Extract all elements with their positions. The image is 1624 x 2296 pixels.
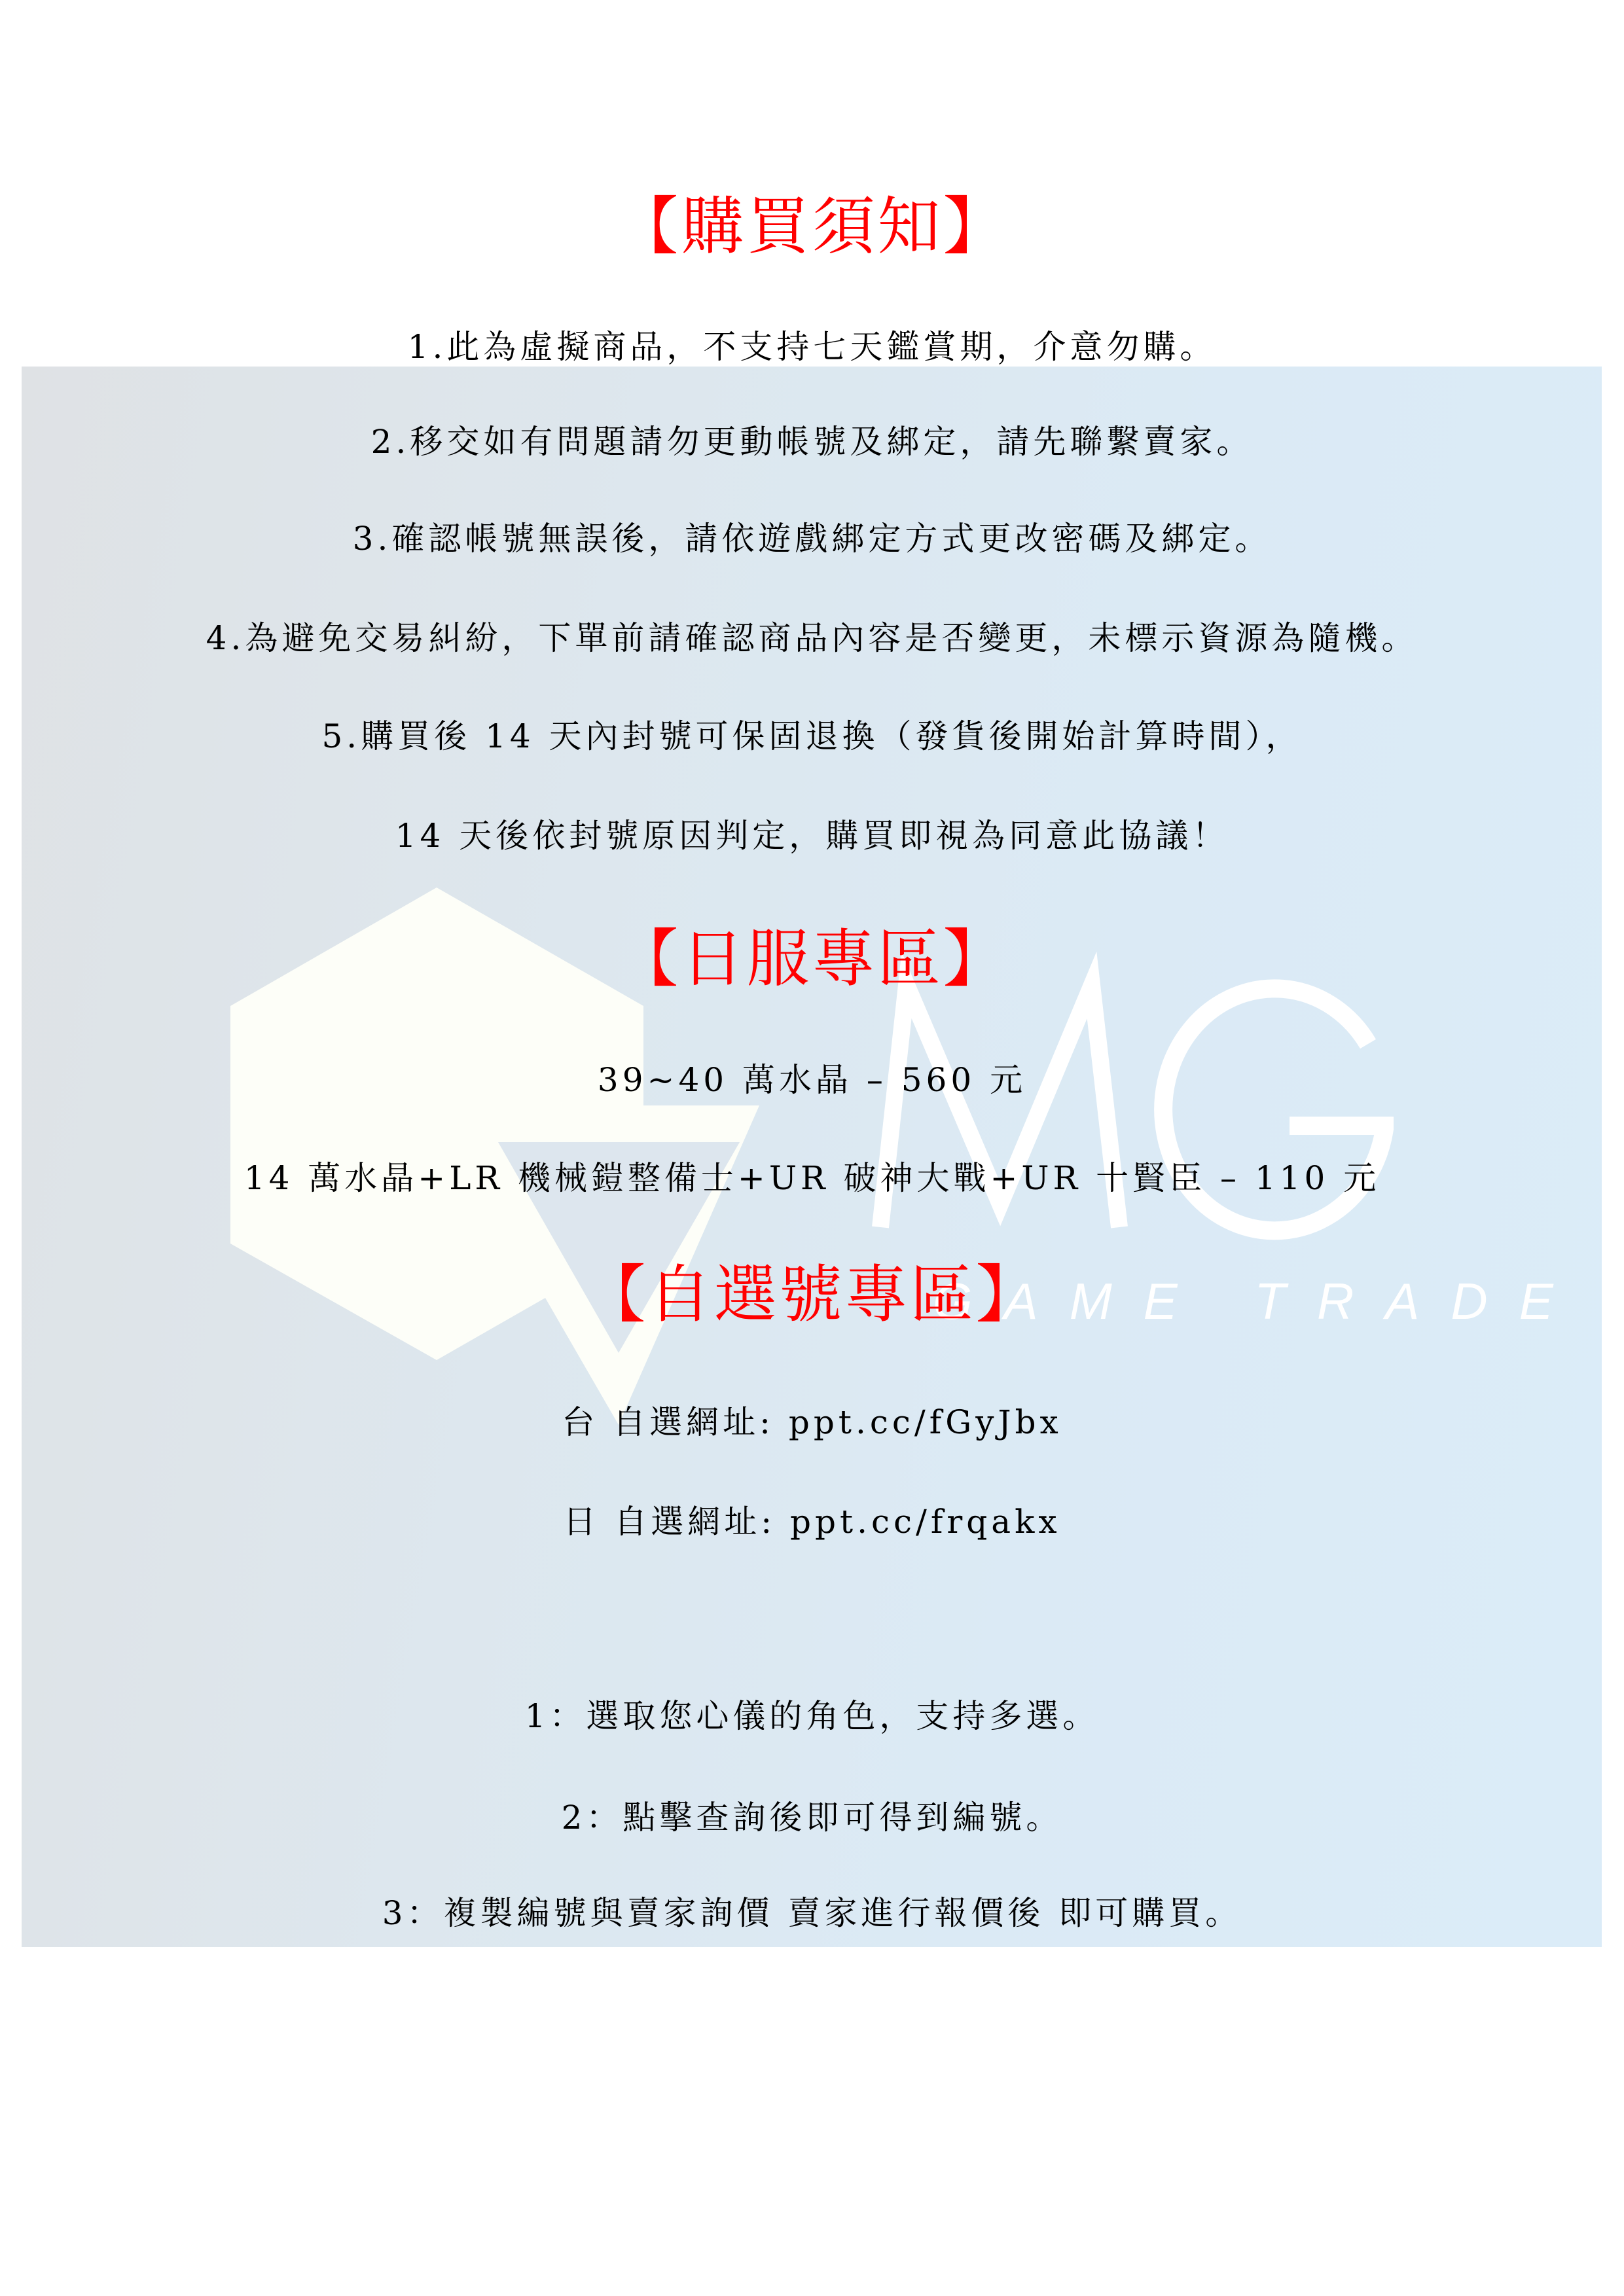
purchase-notice-title: 【購買須知】 — [0, 190, 1624, 262]
rule-5: 5.購買後 14 天內封號可保固退換（發貨後開始計算時間）， — [0, 717, 1624, 756]
custom-step-2: 2：點擊查詢後即可得到編號。 — [0, 1798, 1624, 1837]
rule-2: 2.移交如有問題請勿更動帳號及綁定，請先聯繫賣家。 — [0, 422, 1624, 461]
custom-link-tw[interactable]: 台 自選網址: ppt.cc/fGyJbx — [0, 1403, 1624, 1442]
rule-4: 4.為避免交易糾紛，下單前請確認商品內容是否變更，未標示資源為隨機。 — [0, 619, 1624, 658]
jp-item-2: 14 萬水晶+LR 機械鎧整備士+UR 破神大戰+UR 十賢臣 – 110 元 — [0, 1158, 1624, 1198]
custom-link-jp[interactable]: 日 自選網址: ppt.cc/frqakx — [0, 1502, 1624, 1541]
rule-1: 1.此為虛擬商品，不支持七天鑑賞期，介意勿購。 — [0, 327, 1624, 367]
rule-3: 3.確認帳號無誤後，請依遊戲綁定方式更改密碼及綁定。 — [0, 519, 1624, 558]
jp-item-1: 39~40 萬水晶 – 560 元 — [0, 1060, 1624, 1100]
rule-5-continued: 14 天後依封號原因判定，購買即視為同意此協議！ — [0, 816, 1624, 855]
custom-step-1: 1：選取您心儀的角色，支持多選。 — [0, 1696, 1624, 1736]
jp-server-title: 【日服專區】 — [0, 923, 1624, 995]
custom-step-3: 3：複製編號與賣家詢價 賣家進行報價後 即可購買。 — [0, 1893, 1624, 1933]
custom-pick-title: 【自選號專區】 — [0, 1259, 1624, 1331]
